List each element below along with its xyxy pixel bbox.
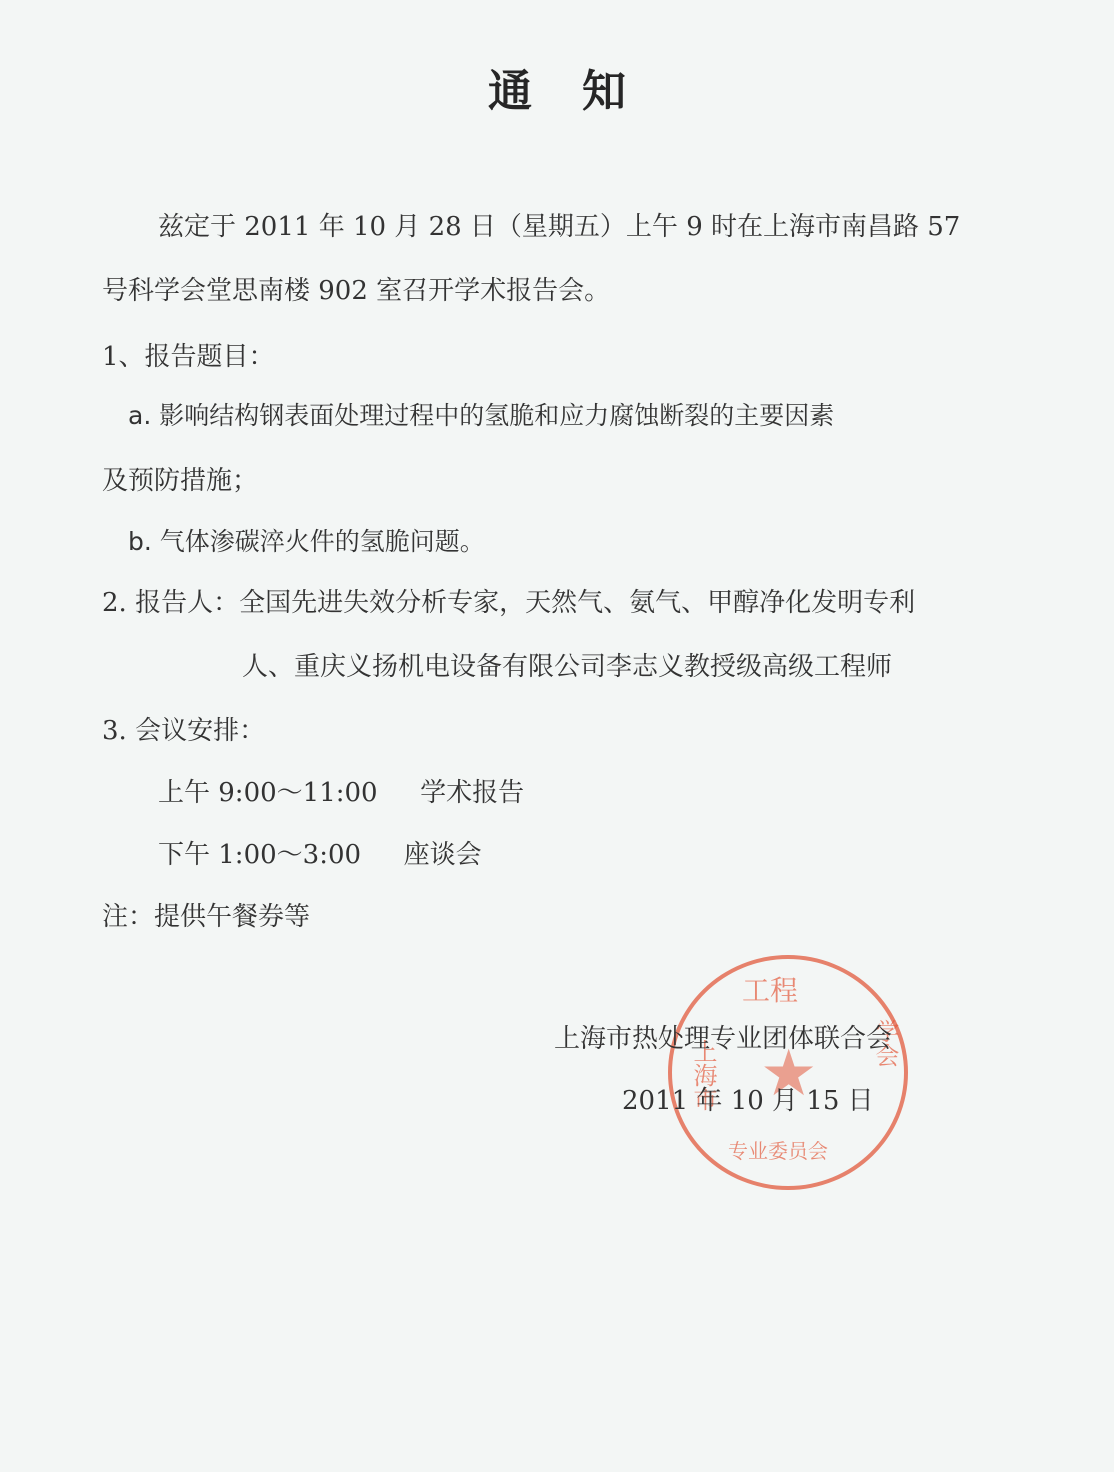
schedule-activity: 学术报告 <box>420 778 524 808</box>
report-topic-a-line-2: 及预防措施； <box>102 460 258 497</box>
section1-heading: 1、报告题目： <box>102 336 275 373</box>
report-topic-b: b. 气体渗碳淬火件的氢脆问题。 <box>128 522 485 558</box>
document-title: 通知 <box>0 55 1114 119</box>
schedule-row: 上午 9:00～11:00 学术报告 <box>158 772 524 809</box>
seal-text-top: 工程 <box>742 969 798 1009</box>
report-topic-a-line-1: a. 影响结构钢表面处理过程中的氢脆和应力腐蚀断裂的主要因素 <box>128 396 834 432</box>
signature-date: 2011 年 10 月 15 日 <box>622 1080 874 1117</box>
speaker-line-2: 人、重庆义扬机电设备有限公司李志义教授级高级工程师 <box>242 646 892 683</box>
signature-organization: 上海市热处理专业团体联合会 <box>554 1018 892 1055</box>
schedule-time: 下午 1:00～3:00 <box>158 840 361 870</box>
section3-heading: 3. 会议安排： <box>102 710 265 747</box>
seal-text-bottom: 专业委员会 <box>728 1135 828 1164</box>
speaker-line-1: 2. 报告人：全国先进失效分析专家，天然气、氨气、甲醇净化发明专利 <box>102 582 915 619</box>
intro-line-1: 兹定于 2011 年 10 月 28 日（星期五）上午 9 时在上海市南昌路 5… <box>158 206 960 243</box>
schedule-time: 上午 9:00～11:00 <box>158 778 378 808</box>
notice-page: 通知 兹定于 2011 年 10 月 28 日（星期五）上午 9 时在上海市南昌… <box>0 0 1114 1472</box>
schedule-row: 下午 1:00～3:00 座谈会 <box>158 834 482 871</box>
intro-line-2: 号科学会堂思南楼 902 室召开学术报告会。 <box>102 270 610 307</box>
note: 注：提供午餐券等 <box>102 896 310 933</box>
schedule-activity: 座谈会 <box>404 840 482 870</box>
official-seal: ★ 工程 上海市 学会 专业委员会 <box>668 955 908 1190</box>
